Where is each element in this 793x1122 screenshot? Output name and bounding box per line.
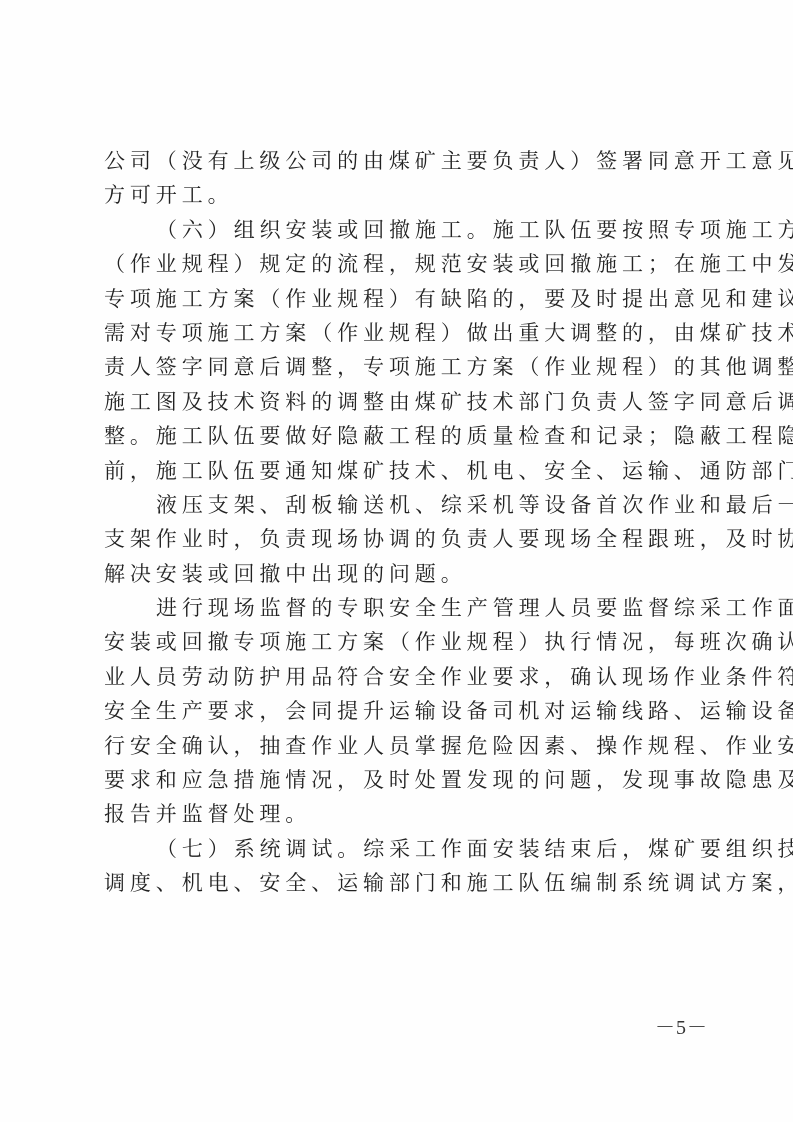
paragraph-heading-7: （七）系统调试。综采工作面安装结束后，煤矿要组织技术、 [104,832,696,866]
text-line: 安装或回撤专项施工方案（作业规程）执行情况，每班次确认作 [104,625,696,659]
text-line: 整。施工队伍要做好隐蔽工程的质量检查和记录；隐蔽工程隐蔽 [104,419,696,453]
document-body: 公司（没有上级公司的由煤矿主要负责人）签署同意开工意见， 方可开工。 （六）组织… [104,144,696,901]
text-line: 行安全确认，抽查作业人员掌握危险因素、操作规程、作业安全 [104,729,696,763]
text-line: 业人员劳动防护用品符合安全作业要求，确认现场作业条件符合 [104,660,696,694]
page-number: －5－ [655,1011,708,1040]
text-line: 方可开工。 [104,178,696,212]
text-line: 施工图及技术资料的调整由煤矿技术部门负责人签字同意后调 [104,385,696,419]
paragraph-heading-6: （六）组织安装或回撤施工。施工队伍要按照专项施工方案 [104,213,696,247]
text-line: （作业规程）规定的流程，规范安装或回撤施工；在施工中发现 [104,247,696,281]
document-page: 公司（没有上级公司的由煤矿主要负责人）签署同意开工意见， 方可开工。 （六）组织… [0,0,793,1122]
text-line: 安全生产要求，会同提升运输设备司机对运输线路、运输设备进 [104,694,696,728]
text-line: 需对专项施工方案（作业规程）做出重大调整的，由煤矿技术负 [104,316,696,350]
text-line: 前，施工队伍要通知煤矿技术、机电、安全、运输、通防部门。 [104,454,696,488]
text-line: 要求和应急措施情况，及时处置发现的问题，发现事故隐患及时 [104,763,696,797]
text-line: 公司（没有上级公司的由煤矿主要负责人）签署同意开工意见， [104,144,696,178]
text-line: 支架作业时，负责现场协调的负责人要现场全程跟班，及时协调 [104,522,696,556]
paragraph-start: 液压支架、刮板输送机、综采机等设备首次作业和最后一台 [104,488,696,522]
text-line: 调度、机电、安全、运输部门和施工队伍编制系统调试方案，经 [104,866,696,900]
text-line: 报告并监督处理。 [104,797,696,831]
text-line: 解决安装或回撤中出现的问题。 [104,557,696,591]
paragraph-start: 进行现场监督的专职安全生产管理人员要监督综采工作面 [104,591,696,625]
text-line: 责人签字同意后调整，专项施工方案（作业规程）的其他调整、 [104,350,696,384]
text-line: 专项施工方案（作业规程）有缺陷的，要及时提出意见和建议； [104,282,696,316]
